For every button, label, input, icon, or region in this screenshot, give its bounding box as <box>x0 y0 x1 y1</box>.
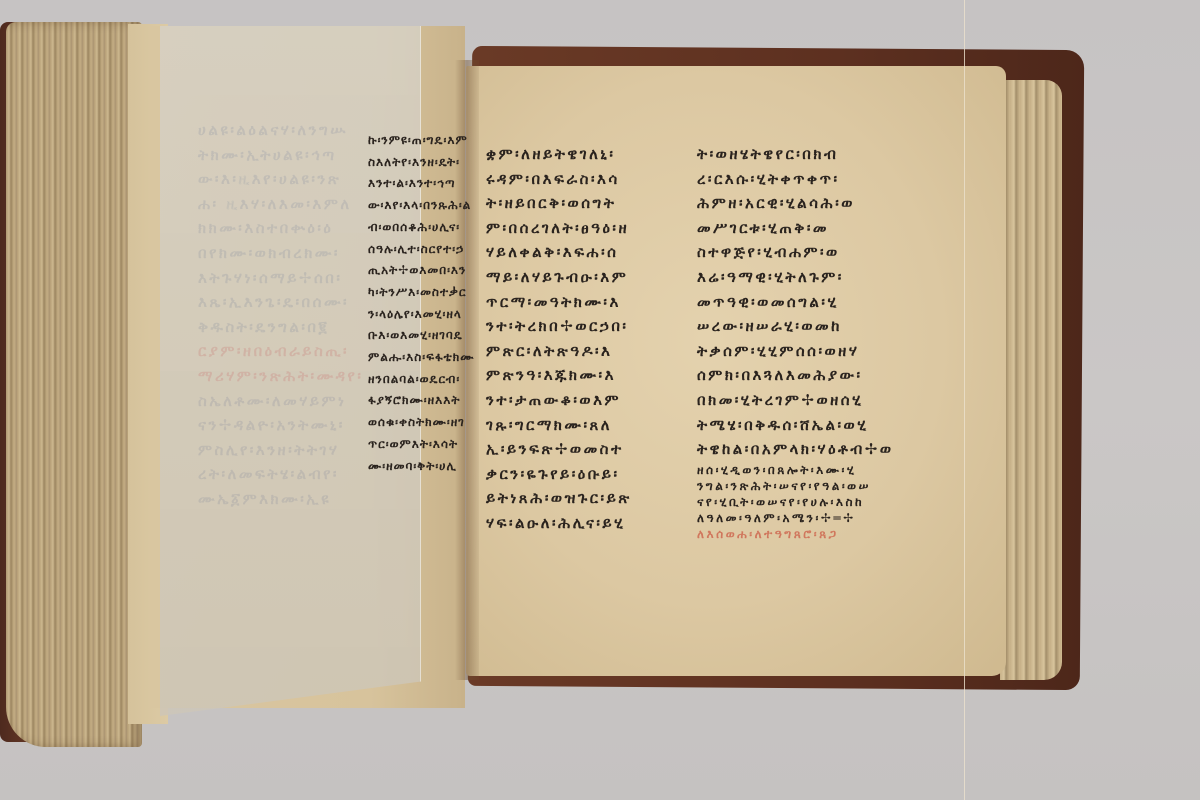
text-line: ኢ፡ይንፍጽ✢ወመስተ <box>486 437 632 462</box>
text-line: ረ፡ርእሱ፡ሂትቀጥቀጥ፡ <box>697 167 893 192</box>
text-line: ይትነጸሕ፡ወዝጉር፡ይጽ <box>486 486 632 511</box>
text-line: ማይ፡ለሃይጉብዑ፡እም <box>486 265 632 290</box>
text-line: ት፡ዘይበርቅ፡ወሰግት <box>486 191 632 216</box>
text-line: ኩ፡ንምዩ፡ጠ፡ግዴ፡እም <box>368 130 475 152</box>
text-line: እንተ፡ል፡እንተ፡ኅጣ <box>368 173 475 195</box>
text-line: ሩዳም፡በእፍራስ፡እሳ <box>486 167 632 192</box>
text-line: ዘሰ፡ሂዲወን፡በጸሎት፡እሙ፡ሂ <box>697 462 893 478</box>
rubric-text-line: ለእሰወሐ፡ለተዓግጸሮ፡ጸጋ <box>697 526 893 542</box>
text-line: ሰምክ፡በእጓለእመሕያው፡ <box>697 363 893 388</box>
text-line: ቡእ፡ወእመሂ፡ዘገባዴ <box>368 325 475 347</box>
right-page-column-d: ት፡ወዘሄትዌየር፡በክብ ረ፡ርእሱ፡ሂትቀጥቀጥ፡ ሕምዘ፡አርዊ፡ሂልሳሕ… <box>697 142 893 542</box>
text-line: ምጽንዓ፡እጁክሙ፡እ <box>486 363 632 388</box>
text-line: ትቃሰም፡ሂሂምሰሰ፡ወዘሃ <box>697 339 893 364</box>
text-line: ለዓለመ፡ዓለም፡አሜን፡✢═✢ <box>697 510 893 526</box>
text-line: ብ፡ወበሰቆሕ፡ሀሊና፡ <box>368 217 475 239</box>
text-line: ፋያኝሮክሙ፡ዘእእት <box>368 390 475 412</box>
text-line: ገጹ፡ግርማክሙ፡ጸለ <box>486 413 632 438</box>
text-line: ሰዓሉ፡ሊተ፡ስርየተ፡ኃ <box>368 239 475 261</box>
text-line: ጥርማ፡መዓትክሙ፡እ <box>486 290 632 315</box>
text-line: ሃፍ፡ልዑለ፡ሕሊና፡ይሂ <box>486 511 632 536</box>
text-line: ንግል፡ንጽሕት፡ሠናየ፡የዓል፡ወሠ <box>697 478 893 494</box>
loose-thread <box>964 0 965 800</box>
right-page-column-c: ቋም፡ለዘይትዌገለኒ፡ ሩዳም፡በእፍራስ፡እሳ ት፡ዘይበርቅ፡ወሰግት ም… <box>486 142 632 536</box>
text-line: ዘንበልባል፡ወዴርብ፡ <box>368 369 475 391</box>
text-line: መጥዓዊ፡ወመሰግል፡ሂ <box>697 290 893 315</box>
right-text-block-fore-edge <box>1000 80 1062 680</box>
text-line: ት፡ወዘሄትዌየር፡በክብ <box>697 142 893 167</box>
text-line: ካ፡ትንሥእ፡መስተቃር <box>368 282 475 304</box>
text-line: ሠረው፡ዘሠራሂ፡ወመከ <box>697 314 893 339</box>
text-line: ንተ፡ትረክበ✢ወርኃበ፡ <box>486 314 632 339</box>
left-page-column-b: ኩ፡ንምዩ፡ጠ፡ግዴ፡እም ስእለትየ፡እንዘ፡ዴት፡ እንተ፡ል፡እንተ፡ኅጣ… <box>368 130 475 477</box>
text-line: ምልሑ፡እስ፡ፍፋቴክሙ <box>368 347 475 369</box>
text-line: መሥገርቱ፡ሂጠቅ፡መ <box>697 216 893 241</box>
text-line: ቃርን፡ዬጉየይ፡ዕቡይ፡ <box>486 462 632 487</box>
text-line: ሕምዘ፡አርዊ፡ሂልሳሕ፡ወ <box>697 191 893 216</box>
text-line: ወሰቁ፡ቀስትክሙ፡ዘገ <box>368 412 475 434</box>
text-line: ቋም፡ለዘይትዌገለኒ፡ <box>486 142 632 167</box>
text-line: ስእለትየ፡እንዘ፡ዴት፡ <box>368 152 475 174</box>
text-line: ሙ፡ዘመባ፡ቅት፡ሀሊ <box>368 456 475 478</box>
text-line: ም፡በሰረገለት፡ፀዓዕ፡ዘ <box>486 216 632 241</box>
text-line: በክመ፡ሂትረገም✢ወዘሰሂ <box>697 388 893 413</box>
text-line: እሬ፡ዓማዊ፡ሂትለጉም፡ <box>697 265 893 290</box>
text-line: ጥር፡ወምእት፡እሳት <box>368 434 475 456</box>
text-line: ንተ፡ታጠውቆ፡ወእም <box>486 388 632 413</box>
text-line: ምጽር፡ለትጽዓዶ፡እ <box>486 339 632 364</box>
text-line: ናየ፡ሂቢት፡ወሠናየ፡የሀሉ፡እስከ <box>697 494 893 510</box>
text-line: ስተዋጅየ፡ሂብሐም፡ወ <box>697 240 893 265</box>
left-text-block-fore-edge <box>6 22 142 747</box>
text-line: ትዌከል፡በአምላክ፡ሃዕቶብ✢ወ <box>697 437 893 462</box>
text-line: ን፡ላዕሌየ፡እመሂ፡ዘላ <box>368 304 475 326</box>
text-line: ጢአት✢ወእመበ፡እን <box>368 260 475 282</box>
text-line: ሃይለቀልቅ፡እፍሐ፡ሰ <box>486 240 632 265</box>
text-line: ትሜሄ፡በቅዱሰ፡ሸኤል፡ወሂ <box>697 413 893 438</box>
text-line: ው፡እየ፡እላ፡በንጹሕ፡ል <box>368 195 475 217</box>
